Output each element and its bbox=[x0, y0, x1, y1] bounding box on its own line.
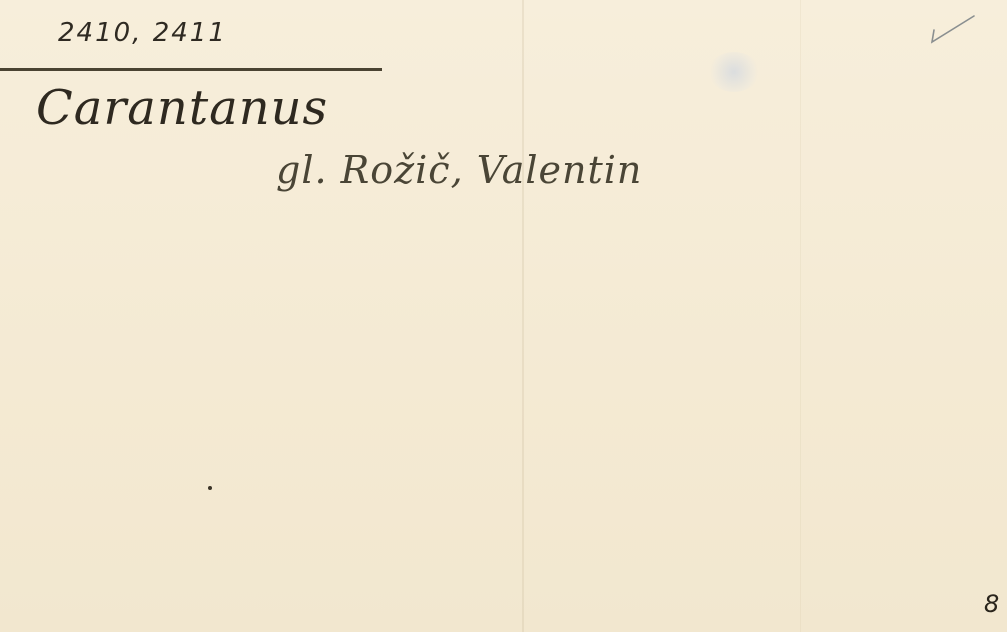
ink-smudge bbox=[708, 52, 760, 92]
fold-line bbox=[800, 0, 801, 632]
check-mark-icon bbox=[928, 12, 978, 46]
fold-line bbox=[522, 0, 524, 632]
page-mark: 8 bbox=[984, 590, 999, 618]
card-title: Carantanus bbox=[36, 80, 328, 136]
call-numbers: 2410, 2411 bbox=[58, 18, 227, 48]
see-reference: gl. Rožič, Valentin bbox=[276, 148, 642, 192]
ink-dot bbox=[208, 486, 212, 490]
divider-rule bbox=[0, 68, 382, 71]
catalog-card: 2410, 2411 Carantanus gl. Rožič, Valenti… bbox=[0, 0, 1007, 632]
